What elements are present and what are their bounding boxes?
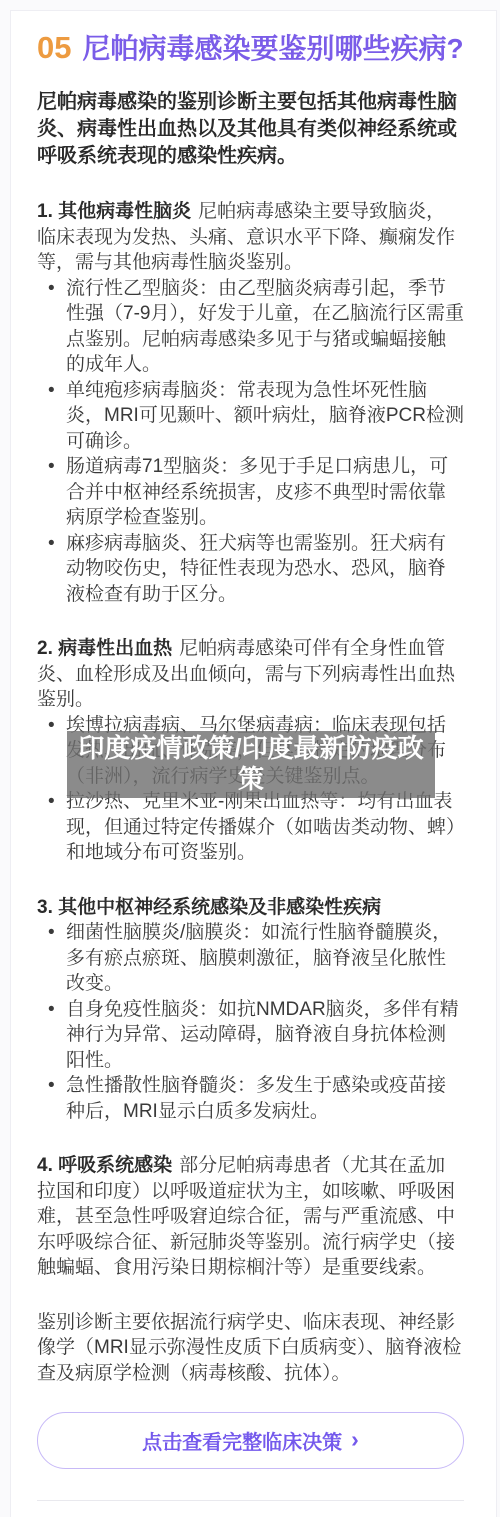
section: 1. 其他病毒性脑炎尼帕病毒感染主要导致脑炎，临床表现为发热、头痛、意识水平下降… [37, 199, 464, 607]
cta-button[interactable]: 点击查看完整临床决策 › [37, 1412, 464, 1469]
section-heading: 3. 其他中枢神经系统感染及非感染性疾病 [37, 897, 381, 918]
list-item: 单纯疱疹病毒脑炎：常表现为急性坏死性脑炎，MRI可见颞叶、额叶病灶，脑脊液PCR… [37, 378, 464, 455]
list-item: 细菌性脑膜炎/脑膜炎：如流行性脑脊髓膜炎，多有瘀点瘀斑、脑膜刺激征，脑脊液呈化脓… [37, 920, 464, 997]
section-heading: 4. 呼吸系统感染 [37, 1155, 172, 1176]
article-header: 05 尼帕病毒感染要鉴别哪些疾病? [37, 29, 464, 67]
list-item: 麻疹病毒脑炎、狂犬病等也需鉴别。狂犬病有动物咬伤史，特征性表现为恐水、恐风，脑脊… [37, 531, 464, 608]
list-item: 流行性乙型脑炎：由乙型脑炎病毒引起，季节性强（7-9月），好发于儿童，在乙脑流行… [37, 276, 464, 378]
list-item: 拉沙热、克里米亚-刚果出血热等：均有出血表现，但通过特定传播媒介（如啮齿类动物、… [37, 789, 464, 866]
watermark-overlay: 印度疫情政策/印度最新防疫政策 [67, 731, 435, 798]
section: 3. 其他中枢神经系统感染及非感染性疾病细菌性脑膜炎/脑膜炎：如流行性脑脊髓膜炎… [37, 895, 464, 1125]
section-heading: 2. 病毒性出血热 [37, 638, 172, 659]
section: 4. 呼吸系统感染部分尼帕病毒患者（尤其在孟加拉国和印度）以呼吸道症状为主，如咳… [37, 1153, 464, 1281]
section-paragraph: 3. 其他中枢神经系统感染及非感染性疾病 [37, 895, 464, 921]
list-item: 自身免疫性脑炎：如抗NMDAR脑炎，多伴有精神行为异常、运动障碍，脑脊液自身抗体… [37, 997, 464, 1074]
section-paragraph: 1. 其他病毒性脑炎尼帕病毒感染主要导致脑炎，临床表现为发热、头痛、意识水平下降… [37, 199, 464, 276]
closing-paragraph: 鉴别诊断主要依据流行病学史、临床表现、神经影像学（MRI显示弥漫性皮质下白质病变… [37, 1310, 464, 1387]
bullet-list: 流行性乙型脑炎：由乙型脑炎病毒引起，季节性强（7-9月），好发于儿童，在乙脑流行… [37, 276, 464, 608]
section-paragraph: 2. 病毒性出血热尼帕病毒感染可伴有全身性血管炎、血栓形成及出血倾向，需与下列病… [37, 636, 464, 713]
list-item: 急性播散性脑脊髓炎：多发生于感染或疫苗接种后，MRI显示白质多发病灶。 [37, 1073, 464, 1124]
section-heading: 1. 其他病毒性脑炎 [37, 201, 191, 222]
page-title: 尼帕病毒感染要鉴别哪些疾病? [82, 30, 463, 67]
footer-divider [37, 1500, 464, 1501]
bullet-list: 细菌性脑膜炎/脑膜炎：如流行性脑脊髓膜炎，多有瘀点瘀斑、脑膜刺激征，脑脊液呈化脓… [37, 920, 464, 1124]
list-item: 肠道病毒71型脑炎：多见于手足口病患儿，可合并中枢神经系统损害，皮疹不典型时需依… [37, 454, 464, 531]
chevron-right-icon: › [351, 1426, 359, 1453]
section-paragraph: 4. 呼吸系统感染部分尼帕病毒患者（尤其在孟加拉国和印度）以呼吸道症状为主，如咳… [37, 1153, 464, 1281]
section-number: 05 [37, 29, 71, 66]
cta-label: 点击查看完整临床决策 [142, 1426, 342, 1455]
intro-paragraph: 尼帕病毒感染的鉴别诊断主要包括其他病毒性脑炎、病毒性出血热以及其他具有类似神经系… [37, 89, 464, 170]
